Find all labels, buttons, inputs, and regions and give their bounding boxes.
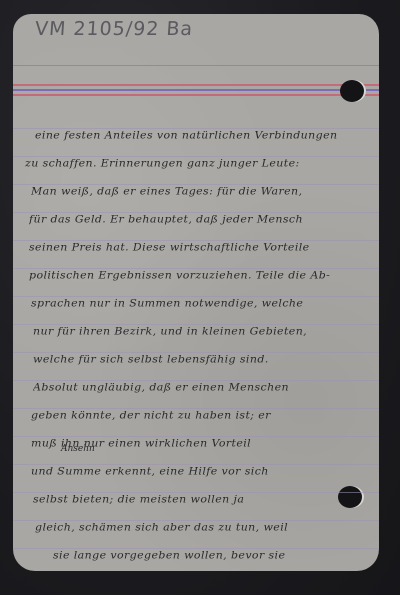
handwritten-line: sprachen nur in Summen notwendige, welch… <box>31 297 359 309</box>
handwritten-line: für das Geld. Er behauptet, daß jeder Me… <box>29 213 359 225</box>
header-rule-purple-middle <box>13 89 379 91</box>
handwritten-line: seinen Preis hat. Diese wirtschaftliche … <box>29 241 359 253</box>
catalog-number: VM 2105/92 Ba <box>34 18 194 40</box>
handwritten-line: Man weiß, daß er eines Tages: für die Wa… <box>31 185 359 197</box>
handwritten-line: eine festen Anteiles von natürlichen Ver… <box>35 129 359 141</box>
handwritten-line: welche für sich selbst lebensfähig sind. <box>33 353 359 365</box>
insertion-annotation: Ansehn <box>61 444 95 454</box>
handwritten-line: selbst bieten; die meisten wollen ja <box>33 493 319 505</box>
header-rule-purple <box>13 65 379 66</box>
header-rule-red-bottom <box>13 94 379 96</box>
handwritten-line: Absolut ungläubig, daß er einen Menschen <box>33 381 359 393</box>
handwritten-line: und Summe erkennt, eine Hilfe vor sich <box>31 465 359 477</box>
punch-hole-top <box>340 80 364 102</box>
index-card: VM 2105/92 Ba eine festen Anteiles von n… <box>13 14 379 571</box>
header-rule-red-top <box>13 84 379 86</box>
handwritten-line: sie lange vorgegeben wollen, bevor sie <box>53 549 359 561</box>
handwritten-line: geben könnte, der nicht zu haben ist; er <box>31 409 359 421</box>
handwritten-line: gleich, schämen sich aber das zu tun, we… <box>35 521 359 533</box>
punch-hole-bottom <box>338 486 362 508</box>
handwritten-line: politischen Ergebnissen vorzuziehen. Tei… <box>29 269 359 281</box>
handwritten-line: nur für ihren Bezirk, und in kleinen Geb… <box>33 325 359 337</box>
handwritten-line: zu schaffen. Erinnerungen ganz junger Le… <box>25 157 359 169</box>
